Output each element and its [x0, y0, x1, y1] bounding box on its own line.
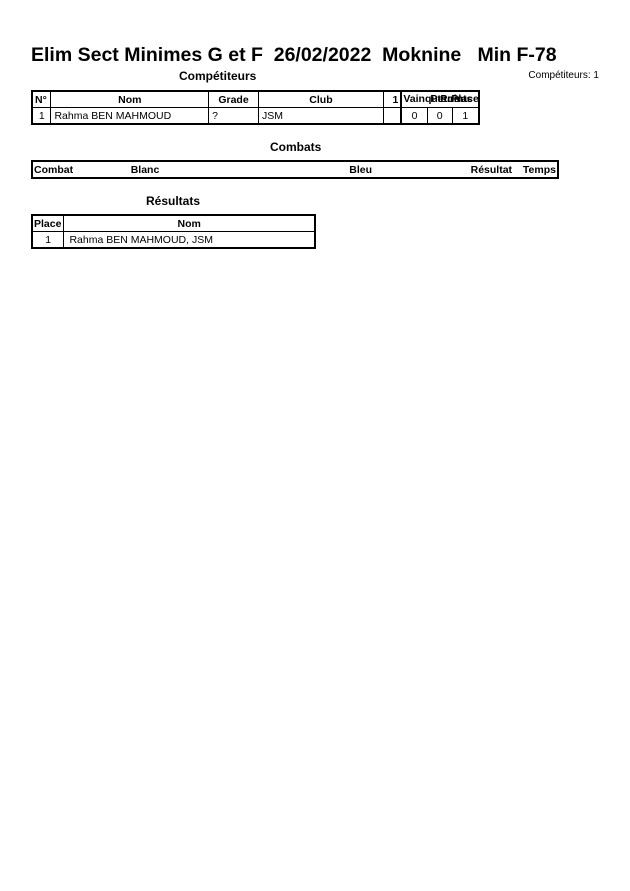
combats-header-row: Combat Blanc Bleu Résultat Temps: [32, 161, 558, 178]
combats-section-title: Combats: [270, 140, 321, 154]
cell-vainqueurs: 0: [401, 108, 427, 125]
cell-grade: ?: [209, 108, 259, 125]
cell-points: 0: [427, 108, 452, 125]
cell-club: JSM: [258, 108, 383, 125]
table-row: 1 Rahma BEN MAHMOUD, JSM: [32, 232, 315, 249]
col-header-place: Place: [451, 93, 478, 105]
col-header-blanc: Blanc: [96, 161, 348, 178]
col-header-combat: Combat: [32, 161, 96, 178]
cell-round-1: [383, 108, 401, 125]
col-header-stats: Vainqueurs Pts Points Place: [401, 91, 479, 108]
competitors-section-title: Compétiteurs: [179, 69, 256, 83]
col-header-place: Place: [32, 215, 64, 232]
col-header-club: Club: [258, 91, 383, 108]
col-header-round-1: 1: [383, 91, 401, 108]
results-table: Place Nom 1 Rahma BEN MAHMOUD, JSM: [31, 214, 316, 249]
competitors-table: N° Nom Grade Club 1 Vainqueurs Pts Point…: [31, 90, 480, 125]
col-header-num: N°: [32, 91, 51, 108]
cell-num: 1: [32, 108, 51, 125]
col-header-nom: Nom: [51, 91, 209, 108]
table-row: 1 Rahma BEN MAHMOUD ? JSM 0 0 1: [32, 108, 479, 125]
col-header-temps: Temps: [514, 161, 558, 178]
col-header-bleu: Bleu: [347, 161, 460, 178]
cell-place: 1: [452, 108, 479, 125]
cell-nom: Rahma BEN MAHMOUD, JSM: [64, 232, 315, 249]
combats-table: Combat Blanc Bleu Résultat Temps: [31, 160, 559, 179]
results-header-row: Place Nom: [32, 215, 315, 232]
competitors-header-row: N° Nom Grade Club 1 Vainqueurs Pts Point…: [32, 91, 479, 108]
results-section-title: Résultats: [146, 194, 200, 208]
cell-place: 1: [32, 232, 64, 249]
col-header-nom: Nom: [64, 215, 315, 232]
col-header-grade: Grade: [209, 91, 259, 108]
page-title: Elim Sect Minimes G et F 26/02/2022 Mokn…: [31, 44, 601, 67]
competitors-count: Compétiteurs: 1: [528, 70, 599, 81]
cell-nom: Rahma BEN MAHMOUD: [51, 108, 209, 125]
col-header-resultat: Résultat: [460, 161, 514, 178]
